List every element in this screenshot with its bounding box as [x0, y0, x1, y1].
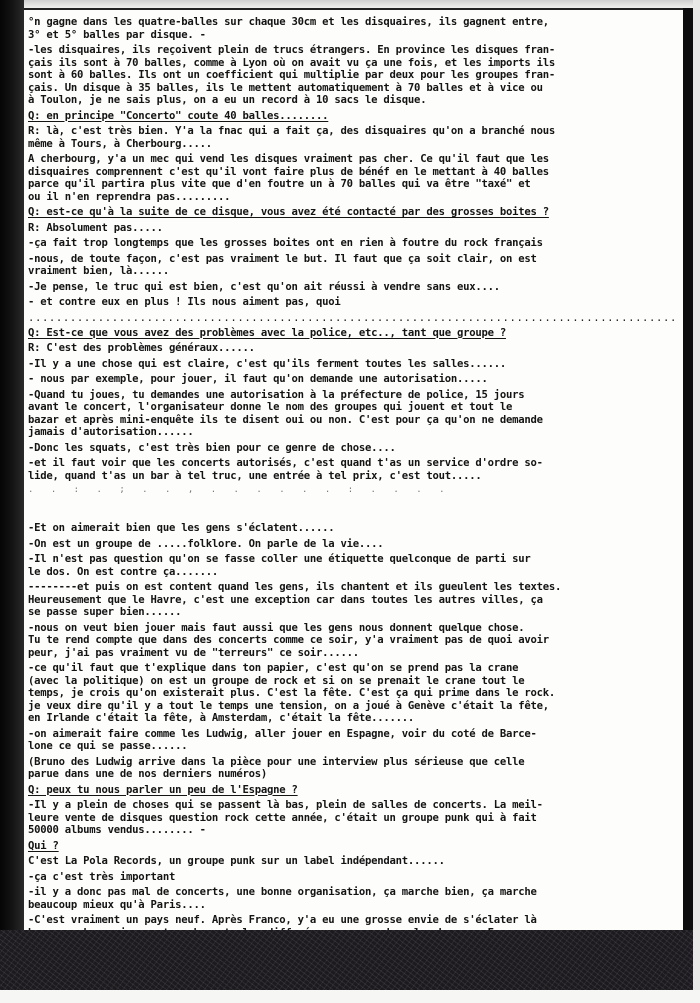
text-line: -nous, de toute façon, c'est pas vraimen…	[28, 253, 677, 266]
text-line: avant le concert, l'organisateur donne l…	[28, 401, 677, 414]
text-line: bazar et après mini-enquête ils te disen…	[28, 414, 677, 427]
text-line: çais ils sont à 70 balles, comme à Lyon …	[28, 57, 677, 70]
text-line: -les disquaires, ils reçoivent plein de …	[28, 44, 677, 57]
text-line: (Bruno des Ludwig arrive dans la pièce p…	[28, 756, 677, 769]
text-line: °n gagne dans les quatre-balles sur chaq…	[28, 16, 677, 29]
text-line: ou il n'en reprendra pas.........	[28, 191, 677, 204]
text-line: -Donc les squats, c'est très bien pour c…	[28, 442, 677, 455]
text-line: je veux dire qu'il y a tout le temps une…	[28, 700, 677, 713]
text-line: C'est La Pola Records, un groupe punk su…	[28, 855, 677, 868]
text-line: lide, quand t'as un bar à tel truc, une …	[28, 470, 677, 483]
interview-question: Q: peux tu nous parler un peu de l'Espag…	[28, 784, 677, 797]
text-line: Tu te rend compte que dans des concerts …	[28, 634, 677, 647]
text-line: -nous on veut bien jouer mais faut aussi…	[28, 622, 677, 635]
interview-question: Q: Est-ce que vous avez des problèmes av…	[28, 327, 677, 340]
blank-space	[28, 497, 677, 519]
text-line: -ça fait trop longtemps que les grosses …	[28, 237, 677, 250]
text-line: -Il y a plein de choses qui se passent l…	[28, 799, 677, 812]
text-line: çais. Un disque à 35 balles, ils le mett…	[28, 82, 677, 95]
text-line: -Je pense, le truc qui est bien, c'est q…	[28, 281, 677, 294]
text-line: - nous par exemple, pour jouer, il faut …	[28, 373, 677, 386]
text-line: -Il y a une chose qui est claire, c'est …	[28, 358, 677, 371]
text-line: disquaires comprennent c'est qu'il vont …	[28, 166, 677, 179]
scan-speckle: . . : . ; . . , . . . . . . : . . . .	[28, 485, 677, 497]
interview-question: Q: en principe "Concerto" coute 40 balle…	[28, 110, 677, 123]
text-line: -C'est vraiment un pays neuf. Après Fran…	[28, 914, 677, 927]
text-line: 50000 albums vendus........ -	[28, 824, 677, 837]
text-line: 3° et 5° balles par disque. -	[28, 29, 677, 42]
text-line: --------et puis on est content quand les…	[28, 581, 677, 594]
scan-top-edge	[0, 0, 700, 8]
text-line: -on aimerait faire comme les Ludwig, all…	[28, 728, 677, 741]
text-line: se passe super bien......	[28, 606, 677, 619]
text-line: -il y a donc pas mal de concerts, une bo…	[28, 886, 677, 899]
text-line: - et contre eux en plus ! Ils nous aimen…	[28, 296, 677, 309]
text-line: -Il n'est pas question qu'on se fasse co…	[28, 553, 677, 566]
interview-question: Qui ?	[28, 840, 677, 853]
text-line: -et il faut voir que les concerts autori…	[28, 457, 677, 470]
text-line: -On est un groupe de .....folklore. On p…	[28, 538, 677, 551]
text-line: leure vente de disques question rock cet…	[28, 812, 677, 825]
dotted-separator: ........................................…	[28, 312, 677, 324]
text-line: vraiment bien, là......	[28, 265, 677, 278]
typewritten-page: °n gagne dans les quatre-balles sur chaq…	[24, 8, 683, 930]
text-line: parce qu'il partira plus vite que d'en f…	[28, 178, 677, 191]
scan-bottom-margin	[0, 990, 700, 1003]
interview-question: Q: est-ce qu'à la suite de ce disque, vo…	[28, 206, 677, 219]
text-line: Heureusement que le Havre, c'est une exc…	[28, 594, 677, 607]
text-line: lone ce qui se passe......	[28, 740, 677, 753]
interview-text: °n gagne dans les quatre-balles sur chaq…	[28, 16, 677, 983]
scan-bottom-noise	[0, 930, 693, 990]
scan-right-edge	[693, 0, 700, 1003]
text-line: beaucoup mieux qu'à Paris....	[28, 899, 677, 912]
text-line: peur, j'ai pas vraiment vu de "terreurs"…	[28, 647, 677, 660]
scan-left-shadow	[0, 0, 24, 945]
text-line: (avec la politique) on est un groupe de …	[28, 675, 677, 688]
text-line: R: Absolument pas.....	[28, 222, 677, 235]
scan-right-shadow	[683, 8, 693, 943]
text-line: à Toulon, je ne sais plus, on a eu un re…	[28, 94, 677, 107]
text-line: temps, je crois qu'on existerait plus. C…	[28, 687, 677, 700]
text-line: A cherbourg, y'a un mec qui vend les dis…	[28, 153, 677, 166]
text-line: même à Tours, à Cherbourg.....	[28, 138, 677, 151]
text-line: -ça c'est très important	[28, 871, 677, 884]
text-line: -Quand tu joues, tu demandes une autoris…	[28, 389, 677, 402]
text-line: -ce qu'il faut que t'explique dans ton p…	[28, 662, 677, 675]
text-line: le dos. On est contre ça.......	[28, 566, 677, 579]
text-line: -Et on aimerait bien que les gens s'écla…	[28, 522, 677, 535]
text-line: jamais d'autorisation......	[28, 426, 677, 439]
text-line: sont à 60 balles. Ils ont un coefficient…	[28, 69, 677, 82]
text-line: en Irlande c'était la fête, à Amsterdam,…	[28, 712, 677, 725]
text-line: parue dans une de nos derniers numéros)	[28, 768, 677, 781]
text-line: R: C'est des problèmes généraux......	[28, 342, 677, 355]
text-line: R: là, c'est très bien. Y'a la fnac qui …	[28, 125, 677, 138]
